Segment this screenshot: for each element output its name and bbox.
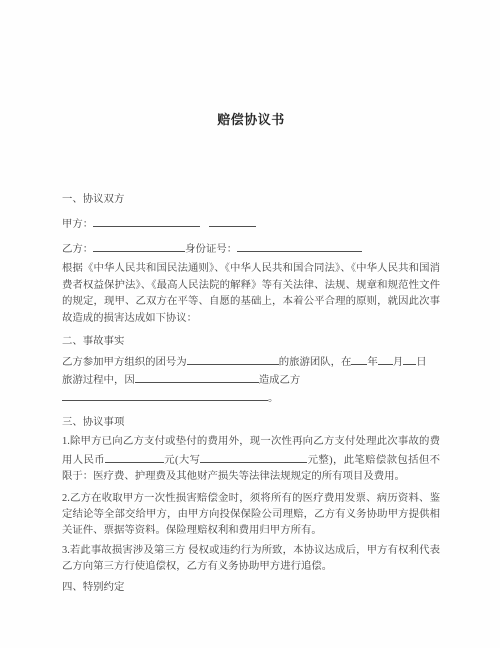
amount-blank bbox=[105, 451, 164, 463]
day-blank bbox=[403, 353, 416, 365]
section-parties-heading: 一、协议双方 bbox=[62, 191, 440, 208]
facts-line-2: 旅游过程中，因造成乙方 bbox=[62, 371, 440, 389]
day-label: 日 bbox=[416, 357, 426, 368]
document-page: 赔偿协议书 一、协议双方 甲方： 乙方：身份证号： 根据《中华人民共和国民法通则… bbox=[0, 0, 500, 648]
document-content: 赔偿协议书 一、协议双方 甲方： 乙方：身份证号： 根据《中华人民共和国民法通则… bbox=[62, 0, 440, 596]
term-item-1-text-2: 元(大写 bbox=[164, 455, 200, 466]
facts-line2-text-2: 造成乙方 bbox=[259, 375, 301, 386]
party-b-row: 乙方：身份证号： bbox=[62, 240, 440, 258]
term-item-1: 1.除甲方已向乙方支付或垫付的费用外，现一次性再向乙方支付处理此次事故的费用人民… bbox=[62, 434, 440, 486]
tour-group-number-blank bbox=[187, 353, 279, 365]
facts-line1-text-1: 乙方参加甲方组织的团号为 bbox=[62, 357, 187, 368]
cause-blank bbox=[135, 371, 259, 383]
party-b-label: 乙方： bbox=[62, 244, 93, 255]
preamble-paragraph: 根据《中华人民共和国民法通则》、《中华人民共和国合同法》、《中华人民共和国消费者… bbox=[62, 261, 440, 327]
id-number-blank bbox=[237, 240, 362, 252]
section-facts-heading: 二、事故事实 bbox=[62, 333, 440, 350]
facts-line2-text-1: 旅游过程中，因 bbox=[62, 375, 135, 386]
amount-words-blank bbox=[200, 451, 307, 463]
facts-line-3: 。 bbox=[62, 389, 440, 407]
term-item-2: 2.乙方在收取甲方一次性损害赔偿金时，须将所有的医疗费用发票、病历资料、鉴定结论… bbox=[62, 491, 440, 539]
facts-line-1: 乙方参加甲方组织的团号为的旅游团队，在年月日 bbox=[62, 353, 440, 371]
party-b-name-blank bbox=[93, 240, 185, 252]
id-number-label: 身份证号： bbox=[185, 244, 237, 255]
party-a-row: 甲方： bbox=[62, 215, 440, 233]
section-special-heading: 四、特别约定 bbox=[62, 579, 440, 596]
year-label: 年 bbox=[367, 357, 377, 368]
facts-line1-text-2: 的旅游团队，在 bbox=[279, 357, 352, 368]
month-blank bbox=[378, 353, 393, 365]
party-a-label: 甲方： bbox=[62, 219, 93, 230]
party-a-name-blank bbox=[93, 215, 200, 227]
document-title: 赔偿协议书 bbox=[62, 0, 440, 128]
term-item-3: 3.若此事故损害涉及第三方 侵权或违约行为所致，本协议达成后，甲方有权利代表乙方… bbox=[62, 543, 440, 575]
month-label: 月 bbox=[393, 357, 403, 368]
party-a-extra-blank bbox=[209, 215, 256, 227]
year-blank bbox=[351, 353, 367, 365]
injury-result-blank bbox=[62, 389, 268, 401]
section-terms-heading: 三、协议事项 bbox=[62, 414, 440, 431]
facts-line3-period: 。 bbox=[268, 393, 278, 404]
